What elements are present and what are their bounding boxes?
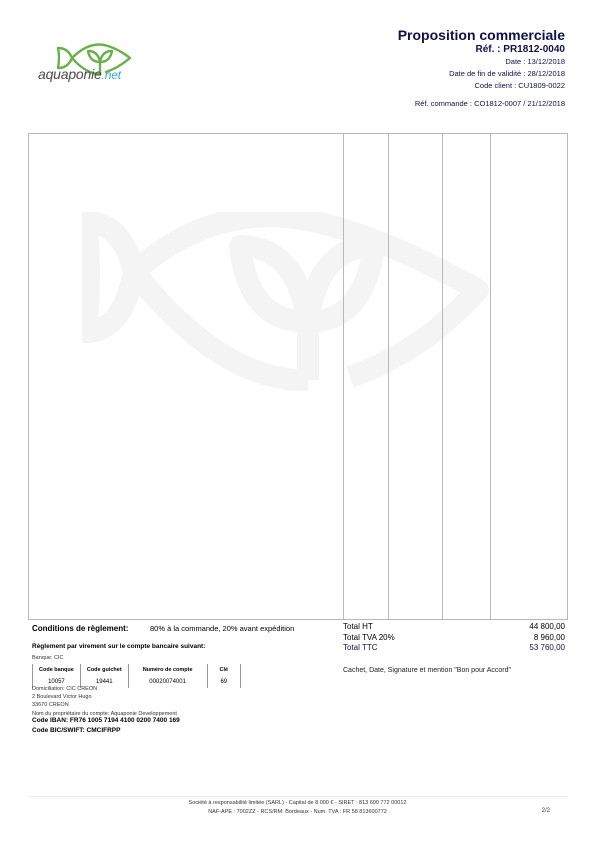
signature-instruction: Cachet, Date, Signature et mention "Bon … (343, 667, 511, 674)
total-ht-label: Total HT (343, 622, 373, 633)
total-tva-value: 8 960,00 (534, 633, 565, 644)
client-code: Code client : CU1809-0022 (398, 80, 565, 92)
total-ttc-row: Total TTC 53 760,00 (343, 643, 565, 654)
bank-address: Domiciliation: CIC CREON 2 Boulevard Vic… (32, 685, 177, 718)
iban-code: Code IBAN: FR76 1005 7194 4100 0200 7400… (32, 716, 180, 726)
bank-name: Banque: CIC (32, 655, 64, 661)
address-line-1: 2 Boulevard Victor Hugo (32, 693, 177, 701)
footer-divider (28, 796, 568, 797)
total-ht-value: 44 800,00 (529, 622, 565, 633)
footer-line-2: NAF-APE : 7002ZZ - RCS/RM: Bordeaux - Nu… (0, 808, 595, 817)
column-divider (343, 134, 344, 619)
validity-date: Date de fin de validité : 28/12/2018 (398, 68, 565, 80)
totals-block: Total HT 44 800,00 Total TVA 20% 8 960,0… (343, 622, 565, 654)
col-numero-compte: Numéro de compte (128, 664, 207, 676)
column-divider (490, 134, 491, 619)
order-reference: Réf. commande : CO1812-0007 / 21/12/2018 (398, 98, 565, 110)
document-date: Date : 13/12/2018 (398, 56, 565, 68)
total-tva-row: Total TVA 20% 8 960,00 (343, 633, 565, 644)
footer-line-1: Société à responsabilité limitée (SARL) … (0, 799, 595, 808)
column-divider (442, 134, 443, 619)
page-number: 2/2 (542, 808, 550, 814)
total-ttc-label: Total TTC (343, 643, 378, 654)
col-cle: Clé (207, 664, 241, 676)
items-table (28, 133, 568, 620)
bank-transfer-title: Règlement par virement sur le compte ban… (32, 643, 205, 650)
column-divider (388, 134, 389, 619)
logo-wordmark: aquaponie.net (38, 66, 121, 82)
total-tva-label: Total TVA 20% (343, 633, 395, 644)
payment-conditions-value: 80% à la commande, 20% avant expédition (150, 624, 294, 633)
total-ttc-value: 53 760,00 (529, 643, 565, 654)
col-code-guichet: Code guichet (80, 664, 128, 676)
document-title: Proposition commerciale (398, 27, 565, 43)
document-reference: Réf. : PR1812-0040 (398, 43, 565, 56)
domiciliation: Domiciliation: CIC CREON (32, 685, 177, 693)
bank-codes: Code IBAN: FR76 1005 7194 4100 0200 7400… (32, 716, 180, 736)
total-ht-row: Total HT 44 800,00 (343, 622, 565, 633)
payment-conditions-label: Conditions de règlement: (32, 624, 128, 633)
bic-code: Code BIC/SWIFT: CMCIFRPP (32, 726, 180, 736)
document-header: Proposition commerciale Réf. : PR1812-00… (398, 27, 565, 110)
col-code-banque: Code banque (33, 664, 81, 676)
value-cle: 69 (207, 676, 241, 688)
address-line-2: 33670 CREON (32, 701, 177, 709)
